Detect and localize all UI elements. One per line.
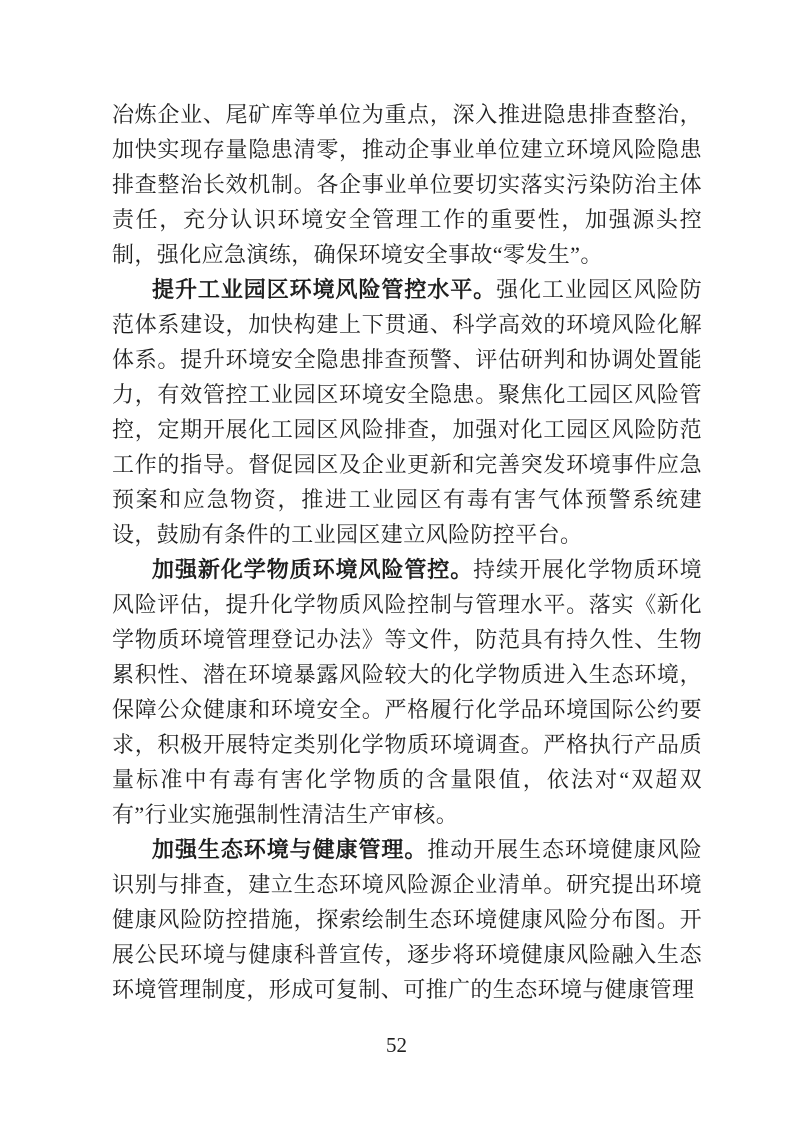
paragraph-lead: 加强生态环境与健康管理。: [152, 837, 427, 862]
paragraph-text: 冶炼企业、尾矿库等单位为重点，深入推进隐患排查整治，加快实现存量隐患清零，推动企…: [112, 102, 702, 267]
paragraph: 加强新化学物质环境风险管控。持续开展化学物质环境风险评估，提升化学物质风险控制与…: [112, 552, 702, 832]
paragraph-lead: 加强新化学物质环境风险管控。: [152, 557, 473, 582]
paragraph: 提升工业园区环境风险管控水平。强化工业园区风险防范体系建设，加快构建上下贯通、科…: [112, 272, 702, 552]
paragraph: 冶炼企业、尾矿库等单位为重点，深入推进隐患排查整治，加快实现存量隐患清零，推动企…: [112, 97, 702, 272]
paragraph-lead: 提升工业园区环境风险管控水平。: [152, 277, 496, 302]
text-block: 冶炼企业、尾矿库等单位为重点，深入推进隐患排查整治，加快实现存量隐患清零，推动企…: [112, 97, 702, 1007]
page-number: 52: [0, 1033, 793, 1057]
paragraph-text: 强化工业园区风险防范体系建设，加快构建上下贯通、科学高效的环境风险化解体系。提升…: [112, 277, 702, 547]
document-page: 冶炼企业、尾矿库等单位为重点，深入推进隐患排查整治，加快实现存量隐患清零，推动企…: [0, 0, 793, 1122]
paragraph-text: 持续开展化学物质环境风险评估，提升化学物质风险控制与管理水平。落实《新化学物质环…: [112, 557, 702, 827]
paragraph: 加强生态环境与健康管理。推动开展生态环境健康风险识别与排查，建立生态环境风险源企…: [112, 832, 702, 1007]
